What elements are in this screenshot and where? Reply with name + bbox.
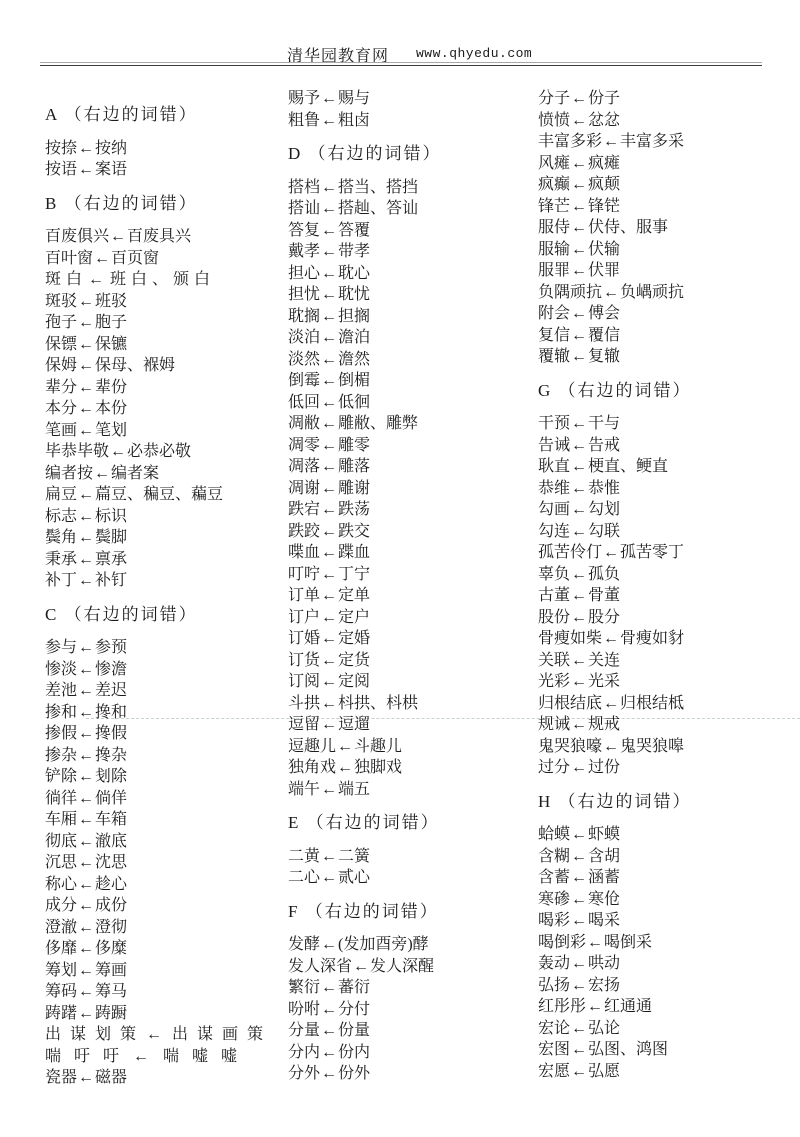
wrong-word: 宏扬	[588, 977, 620, 994]
wrong-word: 傅会	[588, 305, 620, 322]
left-arrow-icon: ←	[77, 725, 95, 742]
correct-word: 风瘫	[538, 155, 570, 172]
column-left: A （右边的词错）按捺←按纳按语←案语B （右边的词错）百废俱兴←百废具兴百叶窗…	[45, 92, 285, 1089]
wrong-word: 雕敝、雕弊	[338, 415, 418, 432]
wrong-word: 百页窗	[111, 250, 159, 267]
wrong-word: 担搁	[338, 308, 370, 325]
wrong-word: 澄彻	[95, 919, 127, 936]
left-arrow-icon: ←	[320, 437, 338, 454]
wrong-word: 倒楣	[338, 372, 370, 389]
word-pair: 服罪←伏罪	[538, 260, 788, 282]
left-arrow-icon: ←	[586, 934, 604, 951]
word-pair: 告诫←告戒	[538, 435, 788, 457]
left-arrow-icon: ←	[77, 897, 95, 914]
word-pair: 答复←答覆	[288, 220, 533, 242]
left-arrow-icon: ←	[570, 480, 588, 497]
left-arrow-icon: ←	[77, 293, 95, 310]
wrong-word: 跌荡	[338, 501, 370, 518]
correct-word: 淡然	[288, 351, 320, 368]
wrong-word: 带孝	[338, 243, 370, 260]
wrong-word: 本份	[95, 400, 127, 417]
word-pair: 蛤蟆←虾蟆	[538, 824, 788, 846]
correct-word: 扁豆	[45, 486, 77, 503]
correct-word: 低回	[288, 394, 320, 411]
word-pair: 服输←伏输	[538, 239, 788, 261]
word-pair: 标志←标识	[45, 506, 285, 528]
wrong-word: 搭当、搭挡	[338, 179, 418, 196]
wrong-word: 雕落	[338, 458, 370, 475]
word-pair: 分内←份内	[288, 1042, 533, 1064]
left-arrow-icon: ←	[320, 200, 338, 217]
correct-word: 附会	[538, 305, 570, 322]
correct-word: 筹划	[45, 962, 77, 979]
word-pair: 出谋划策←出谋画策	[45, 1024, 285, 1046]
correct-word: 喝彩	[538, 912, 570, 929]
correct-word: 铲除	[45, 768, 77, 785]
left-arrow-icon: ←	[320, 415, 338, 432]
correct-word: 分内	[288, 1044, 320, 1061]
left-arrow-icon: ←	[570, 523, 588, 540]
correct-word: 骨瘦如柴	[538, 630, 602, 647]
correct-word: 跌跤	[288, 523, 320, 540]
correct-word: 粗鲁	[288, 112, 320, 129]
wrong-word: 耽忧	[338, 286, 370, 303]
word-pair: 叮咛←丁宁	[288, 564, 533, 586]
correct-word: 丰富多彩	[538, 133, 602, 150]
wrong-word: 定户	[338, 609, 370, 626]
left-arrow-icon: ←	[570, 262, 588, 279]
correct-word: 订货	[288, 652, 320, 669]
wrong-word: 沈思	[95, 854, 127, 871]
word-pair: 掺杂←搀杂	[45, 745, 285, 767]
word-pair: 独角戏←独脚戏	[288, 757, 533, 779]
wrong-word: 枓拱、枓栱	[338, 695, 418, 712]
word-pair: 保镖←保镳	[45, 334, 285, 356]
wrong-word: 保母、褓姆	[95, 357, 175, 374]
wrong-word: 蕃衍	[338, 979, 370, 996]
wrong-word: 含胡	[588, 848, 620, 865]
correct-word: 疯癫	[538, 176, 570, 193]
left-arrow-icon: ←	[320, 695, 338, 712]
left-arrow-icon: ←	[77, 529, 95, 546]
word-pair: 规诫←规戒	[538, 714, 788, 736]
word-pair: 归根结底←归根结柢	[538, 693, 788, 715]
correct-word: 宏愿	[538, 1063, 570, 1080]
left-arrow-icon: ←	[320, 781, 338, 798]
left-arrow-icon: ←	[77, 919, 95, 936]
section-heading: E （右边的词错）	[288, 812, 533, 834]
correct-word: 担心	[288, 265, 320, 282]
wrong-word: 定婚	[338, 630, 370, 647]
left-arrow-icon: ←	[77, 161, 95, 178]
correct-word: 辜负	[538, 566, 570, 583]
left-arrow-icon: ←	[352, 958, 370, 975]
left-arrow-icon: ←	[320, 1065, 338, 1082]
correct-word: 吩咐	[288, 1001, 320, 1018]
wrong-word: 孤苦零丁	[620, 544, 684, 561]
left-arrow-icon: ←	[602, 284, 620, 301]
left-arrow-icon: ←	[570, 1041, 588, 1058]
correct-word: 秉承	[45, 551, 77, 568]
wrong-word: 二簧	[338, 848, 370, 865]
correct-word: 担忧	[288, 286, 320, 303]
correct-word: 勾画	[538, 501, 570, 518]
wrong-word: 逗遛	[338, 716, 370, 733]
left-arrow-icon: ←	[570, 219, 588, 236]
correct-word: 订户	[288, 609, 320, 626]
wrong-word: 喝采	[588, 912, 620, 929]
word-pair: 搭讪←搭赸、答讪	[288, 198, 533, 220]
left-arrow-icon: ←	[570, 759, 588, 776]
correct-word: 沉思	[45, 854, 77, 871]
word-pair: 戴孝←带孝	[288, 241, 533, 263]
word-pair: 二黄←二簧	[288, 846, 533, 868]
left-arrow-icon: ←	[570, 327, 588, 344]
left-arrow-icon: ←	[77, 140, 95, 157]
wrong-word: 澹泊	[338, 329, 370, 346]
wrong-word: 定货	[338, 652, 370, 669]
correct-word: 负隅顽抗	[538, 284, 602, 301]
left-arrow-icon: ←	[320, 716, 338, 733]
word-pair: 凋谢←雕谢	[288, 478, 533, 500]
word-pair: 逗留←逗遛	[288, 714, 533, 736]
left-arrow-icon: ←	[77, 811, 95, 828]
wrong-word: 归根结柢	[620, 695, 684, 712]
word-pair: 百废俱兴←百废具兴	[45, 226, 285, 248]
correct-word: 红彤彤	[538, 998, 586, 1015]
word-pair: 覆辙←复辙	[538, 346, 788, 368]
section-heading: H （右边的词错）	[538, 791, 788, 813]
wrong-word: 告戒	[588, 437, 620, 454]
word-pair: 光彩←光采	[538, 671, 788, 693]
correct-word: 踌躇	[45, 1005, 77, 1022]
correct-word: 跌宕	[288, 501, 320, 518]
left-arrow-icon: ←	[77, 1005, 95, 1022]
left-arrow-icon: ←	[320, 1044, 338, 1061]
left-arrow-icon: ←	[87, 271, 110, 288]
correct-word: 宏论	[538, 1020, 570, 1037]
left-arrow-icon: ←	[570, 112, 588, 129]
left-arrow-icon: ←	[320, 90, 338, 107]
correct-word: 笔画	[45, 422, 77, 439]
correct-word: 订婚	[288, 630, 320, 647]
word-pair: 红彤彤←红通通	[538, 996, 788, 1018]
wrong-word: 贰心	[338, 869, 370, 886]
left-arrow-icon: ←	[320, 480, 338, 497]
left-arrow-icon: ←	[570, 848, 588, 865]
word-pair: 倒霉←倒楣	[288, 370, 533, 392]
correct-word: 服罪	[538, 262, 570, 279]
word-pair: 逗趣儿←斗趣儿	[288, 736, 533, 758]
correct-word: 保镖	[45, 336, 77, 353]
left-arrow-icon: ←	[320, 936, 338, 953]
word-pair: 扁豆←萹豆、稨豆、藊豆	[45, 484, 285, 506]
word-pair: 惨淡←惨澹	[45, 659, 285, 681]
correct-word: 告诫	[538, 437, 570, 454]
wrong-word: 搀和	[95, 704, 127, 721]
wrong-word: 弘论	[588, 1020, 620, 1037]
correct-word: 耿直	[538, 458, 570, 475]
wrong-word: 独脚戏	[354, 759, 402, 776]
left-arrow-icon: ←	[320, 112, 338, 129]
left-arrow-icon: ←	[570, 415, 588, 432]
wrong-word: 份内	[338, 1044, 370, 1061]
left-arrow-icon: ←	[570, 566, 588, 583]
wrong-word: 红通通	[604, 998, 652, 1015]
word-pair: 毕恭毕敬←必恭必敬	[45, 441, 285, 463]
left-arrow-icon: ←	[320, 609, 338, 626]
left-arrow-icon: ←	[320, 394, 338, 411]
word-pair: 掺假←搀假	[45, 723, 285, 745]
correct-word: 叮咛	[288, 566, 320, 583]
correct-word: 保姆	[45, 357, 77, 374]
left-arrow-icon: ←	[320, 848, 338, 865]
wrong-word: 侈糜	[95, 940, 127, 957]
correct-word: 分量	[288, 1022, 320, 1039]
left-arrow-icon: ←	[570, 955, 588, 972]
correct-word: 喝倒彩	[538, 934, 586, 951]
correct-word: 复信	[538, 327, 570, 344]
left-arrow-icon: ←	[77, 790, 95, 807]
word-pair: 辈分←辈份	[45, 377, 285, 399]
correct-word: 徜徉	[45, 790, 77, 807]
correct-word: 蛤蟆	[538, 826, 570, 843]
word-pair: 骨瘦如柴←骨瘦如豺	[538, 628, 788, 650]
wrong-word: 勾划	[588, 501, 620, 518]
word-pair: 寒碜←寒伧	[538, 889, 788, 911]
left-arrow-icon: ←	[77, 940, 95, 957]
left-arrow-icon: ←	[320, 1022, 338, 1039]
left-arrow-icon: ←	[320, 243, 338, 260]
wrong-word: 梗直、鲠直	[588, 458, 668, 475]
left-arrow-icon: ←	[336, 759, 354, 776]
wrong-word: 虾蟆	[588, 826, 620, 843]
word-pair: 订婚←定婚	[288, 628, 533, 650]
word-pair: 粗鲁←粗卤	[288, 110, 533, 132]
word-pair: 耿直←梗直、鲠直	[538, 456, 788, 478]
left-arrow-icon: ←	[93, 250, 111, 267]
correct-word: 瓷器	[45, 1069, 77, 1086]
section-heading: C （右边的词错）	[45, 604, 285, 626]
word-pair: 凋敝←雕敝、雕弊	[288, 413, 533, 435]
wrong-word: 车箱	[95, 811, 127, 828]
left-arrow-icon: ←	[77, 400, 95, 417]
left-arrow-icon: ←	[320, 652, 338, 669]
correct-word: 孢子	[45, 314, 77, 331]
wrong-word: 编者案	[111, 465, 159, 482]
wrong-word: 光采	[588, 673, 620, 690]
section-heading: F （右边的词错）	[288, 901, 533, 923]
word-pair: 古董←骨董	[538, 585, 788, 607]
left-arrow-icon: ←	[320, 630, 338, 647]
left-arrow-icon: ←	[602, 738, 620, 755]
correct-word: 喋血	[288, 544, 320, 561]
wrong-word: 关连	[588, 652, 620, 669]
word-pair: 笔画←笔划	[45, 420, 285, 442]
wrong-word: 班驳	[95, 293, 127, 310]
left-arrow-icon: ←	[570, 437, 588, 454]
word-pair: 耽搁←担搁	[288, 306, 533, 328]
left-arrow-icon: ←	[77, 486, 95, 503]
wrong-word: 蹀血	[338, 544, 370, 561]
word-pair: 股份←股分	[538, 607, 788, 629]
wrong-word: 斗趣儿	[354, 738, 402, 755]
wrong-word: 鬼哭狼嗥	[620, 738, 684, 755]
correct-word: 光彩	[538, 673, 570, 690]
left-arrow-icon: ←	[77, 704, 95, 721]
correct-word: 凋谢	[288, 480, 320, 497]
correct-word: 编者按	[45, 465, 93, 482]
word-pair: 喋血←蹀血	[288, 542, 533, 564]
word-pair: 澄澈←澄彻	[45, 917, 285, 939]
correct-word: 彻底	[45, 833, 77, 850]
correct-word: 服输	[538, 241, 570, 258]
wrong-word: 胞子	[95, 314, 127, 331]
word-pair: 订单←定单	[288, 585, 533, 607]
word-pair: 担忧←耽忧	[288, 284, 533, 306]
word-pair: 过分←过份	[538, 757, 788, 779]
word-pair: 秉承←禀承	[45, 549, 285, 571]
correct-word: 澄澈	[45, 919, 77, 936]
correct-word: 二黄	[288, 848, 320, 865]
word-pair: 发人深省←发人深醒	[288, 956, 533, 978]
wrong-word: 保镳	[95, 336, 127, 353]
left-arrow-icon: ←	[336, 738, 354, 755]
word-pair: 铲除←刬除	[45, 766, 285, 788]
wrong-word: 跌交	[338, 523, 370, 540]
left-arrow-icon: ←	[602, 133, 620, 150]
wrong-word: 辈份	[95, 379, 127, 396]
header-rule	[40, 62, 762, 66]
correct-word: 古董	[538, 587, 570, 604]
word-pair: 凋零←雕零	[288, 435, 533, 457]
word-pair: 疯癫←疯颠	[538, 174, 788, 196]
left-arrow-icon: ←	[570, 912, 588, 929]
wrong-word: 规戒	[588, 716, 620, 733]
column-right: 分子←份子愤愤←忿忿丰富多彩←丰富多采风瘫←疯瘫疯癫←疯颠锋芒←锋铓服侍←伏侍、…	[538, 88, 788, 1082]
word-pair: 赐予←赐与	[288, 88, 533, 110]
word-pair: 宏图←弘图、鸿图	[538, 1039, 788, 1061]
correct-word: 惨淡	[45, 661, 77, 678]
left-arrow-icon: ←	[570, 458, 588, 475]
left-arrow-icon: ←	[77, 983, 95, 1000]
left-arrow-icon: ←	[602, 695, 620, 712]
wrong-word: 标识	[95, 508, 127, 525]
correct-word: 恭维	[538, 480, 570, 497]
word-pair: 彻底←澈底	[45, 831, 285, 853]
correct-word: 鬓角	[45, 529, 77, 546]
left-arrow-icon: ←	[320, 501, 338, 518]
word-pair: 淡泊←澹泊	[288, 327, 533, 349]
left-arrow-icon: ←	[570, 176, 588, 193]
word-pair: 成分←成份	[45, 895, 285, 917]
word-pair: 喝彩←喝采	[538, 910, 788, 932]
wrong-word: 骨董	[588, 587, 620, 604]
wrong-word: 分付	[338, 1001, 370, 1018]
word-pair: 斑驳←班驳	[45, 291, 285, 313]
left-arrow-icon: ←	[570, 609, 588, 626]
wrong-word: 弘图、鸿图	[588, 1041, 668, 1058]
correct-word: 戴孝	[288, 243, 320, 260]
correct-word: 淡泊	[288, 329, 320, 346]
wrong-word: 哄动	[588, 955, 620, 972]
section-heading: D （右边的词错）	[288, 143, 533, 165]
word-pair: 沉思←沈思	[45, 852, 285, 874]
left-arrow-icon: ←	[320, 222, 338, 239]
correct-word: 锋芒	[538, 198, 570, 215]
wrong-word: 份外	[338, 1065, 370, 1082]
word-pair: 二心←贰心	[288, 867, 533, 889]
left-arrow-icon: ←	[77, 357, 95, 374]
wrong-word: 禀承	[95, 551, 127, 568]
correct-word: 分子	[538, 90, 570, 107]
correct-word: 成分	[45, 897, 77, 914]
wrong-word: 趁心	[95, 876, 127, 893]
word-pair: 订货←定货	[288, 650, 533, 672]
correct-word: 关联	[538, 652, 570, 669]
word-pair: 含蓄←涵蓄	[538, 867, 788, 889]
correct-word: 辈分	[45, 379, 77, 396]
left-arrow-icon: ←	[77, 768, 95, 785]
wrong-word: 端五	[338, 781, 370, 798]
wrong-word: 补钉	[95, 572, 127, 589]
correct-word: 搭档	[288, 179, 320, 196]
word-pair: 按捺←按纳	[45, 138, 285, 160]
left-arrow-icon: ←	[77, 508, 95, 525]
word-pair: 含糊←含胡	[538, 846, 788, 868]
wrong-word: 定单	[338, 587, 370, 604]
word-pair: 愤愤←忿忿	[538, 110, 788, 132]
wrong-word: 澈底	[95, 833, 127, 850]
left-arrow-icon: ←	[320, 979, 338, 996]
word-pair: 丰富多彩←丰富多采	[538, 131, 788, 153]
wrong-word: 粗卤	[338, 112, 370, 129]
left-arrow-icon: ←	[320, 179, 338, 196]
word-pair: 干预←干与	[538, 413, 788, 435]
correct-word: 按语	[45, 161, 77, 178]
correct-word: 股份	[538, 609, 570, 626]
word-pair: 端午←端五	[288, 779, 533, 801]
word-pair: 差池←差迟	[45, 680, 285, 702]
left-arrow-icon: ←	[570, 241, 588, 258]
word-pair: 附会←傅会	[538, 303, 788, 325]
wrong-word: 孤负	[588, 566, 620, 583]
correct-word: 归根结底	[538, 695, 602, 712]
word-pair: 弘扬←宏扬	[538, 975, 788, 997]
left-arrow-icon: ←	[320, 372, 338, 389]
correct-word: 本分	[45, 400, 77, 417]
wrong-word: (发加酉旁)酵	[338, 936, 429, 953]
left-arrow-icon: ←	[320, 329, 338, 346]
correct-word: 逗趣儿	[288, 738, 336, 755]
wrong-word: 锋铓	[588, 198, 620, 215]
left-arrow-icon: ←	[77, 314, 95, 331]
wrong-word: 出谋画策	[172, 1026, 272, 1043]
correct-word: 斗拱	[288, 695, 320, 712]
word-pair: 宏论←弘论	[538, 1018, 788, 1040]
left-arrow-icon: ←	[320, 458, 338, 475]
word-pair: 补丁←补钉	[45, 570, 285, 592]
left-arrow-icon: ←	[570, 716, 588, 733]
wrong-word: 耽心	[338, 265, 370, 282]
correct-word: 寒碜	[538, 891, 570, 908]
left-arrow-icon: ←	[570, 155, 588, 172]
wrong-word: 磁器	[95, 1069, 127, 1086]
correct-word: 端午	[288, 781, 320, 798]
word-pair: 喘吁吁←喘嘘嘘	[45, 1046, 285, 1068]
correct-word: 服侍	[538, 219, 570, 236]
wrong-word: 萹豆、稨豆、藊豆	[95, 486, 223, 503]
